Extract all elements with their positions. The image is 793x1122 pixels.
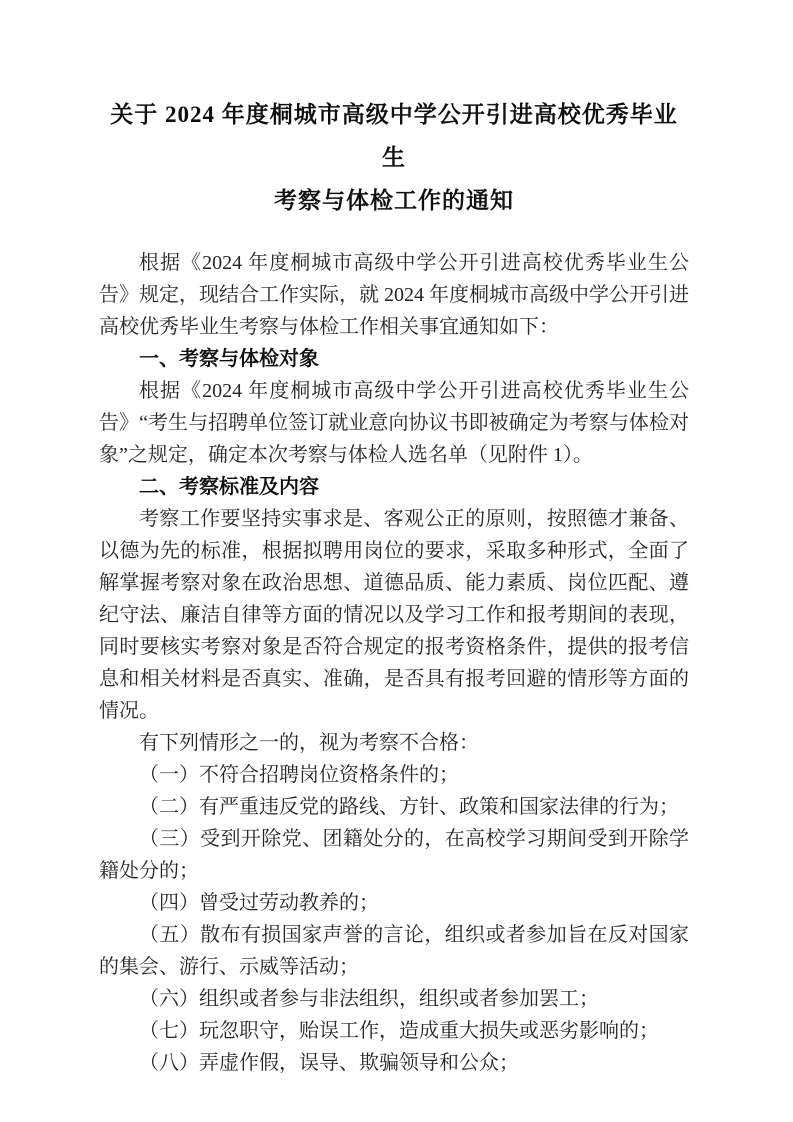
paragraph: （七）玩忽职守，贻误工作，造成重大损失或恶劣影响的； <box>99 1015 689 1047</box>
section-heading: 一、考察与体检对象 <box>99 343 689 375</box>
paragraph: （一）不符合招聘岗位资格条件的； <box>99 759 689 791</box>
paragraph: （三）受到开除党、团籍处分的，在高校学习期间受到开除学籍处分的； <box>99 823 689 887</box>
document-page: 关于 2024 年度桐城市高级中学公开引进高校优秀毕业生 考察与体检工作的通知 … <box>0 0 793 1122</box>
paragraph: 有下列情形之一的，视为考察不合格： <box>99 727 689 759</box>
paragraph: （五）散布有损国家声誉的言论，组织或者参加旨在反对国家的集会、游行、示威等活动； <box>99 919 689 983</box>
document-title-line-1: 关于 2024 年度桐城市高级中学公开引进高校优秀毕业生 <box>99 93 689 179</box>
paragraph: （四）曾受过劳动教养的； <box>99 887 689 919</box>
paragraph: （六）组织或者参与非法组织，组织或者参加罢工； <box>99 983 689 1015</box>
paragraph: （八）弄虚作假，误导、欺骗领导和公众； <box>99 1047 689 1079</box>
paragraph: 考察工作要坚持实事求是、客观公正的原则，按照德才兼备、以德为先的标准，根据拟聘用… <box>99 503 689 727</box>
paragraph: 根据《2024 年度桐城市高级中学公开引进高校优秀毕业生公告》“考生与招聘单位签… <box>99 375 689 471</box>
paragraph: 根据《2024 年度桐城市高级中学公开引进高校优秀毕业生公告》规定，现结合工作实… <box>99 247 689 343</box>
section-heading: 二、考察标准及内容 <box>99 471 689 503</box>
document-title: 关于 2024 年度桐城市高级中学公开引进高校优秀毕业生 考察与体检工作的通知 <box>99 93 689 222</box>
paragraph: （二）有严重违反党的路线、方针、政策和国家法律的行为； <box>99 791 689 823</box>
document-body: 根据《2024 年度桐城市高级中学公开引进高校优秀毕业生公告》规定，现结合工作实… <box>99 247 689 1079</box>
document-title-line-2: 考察与体检工作的通知 <box>99 179 689 222</box>
